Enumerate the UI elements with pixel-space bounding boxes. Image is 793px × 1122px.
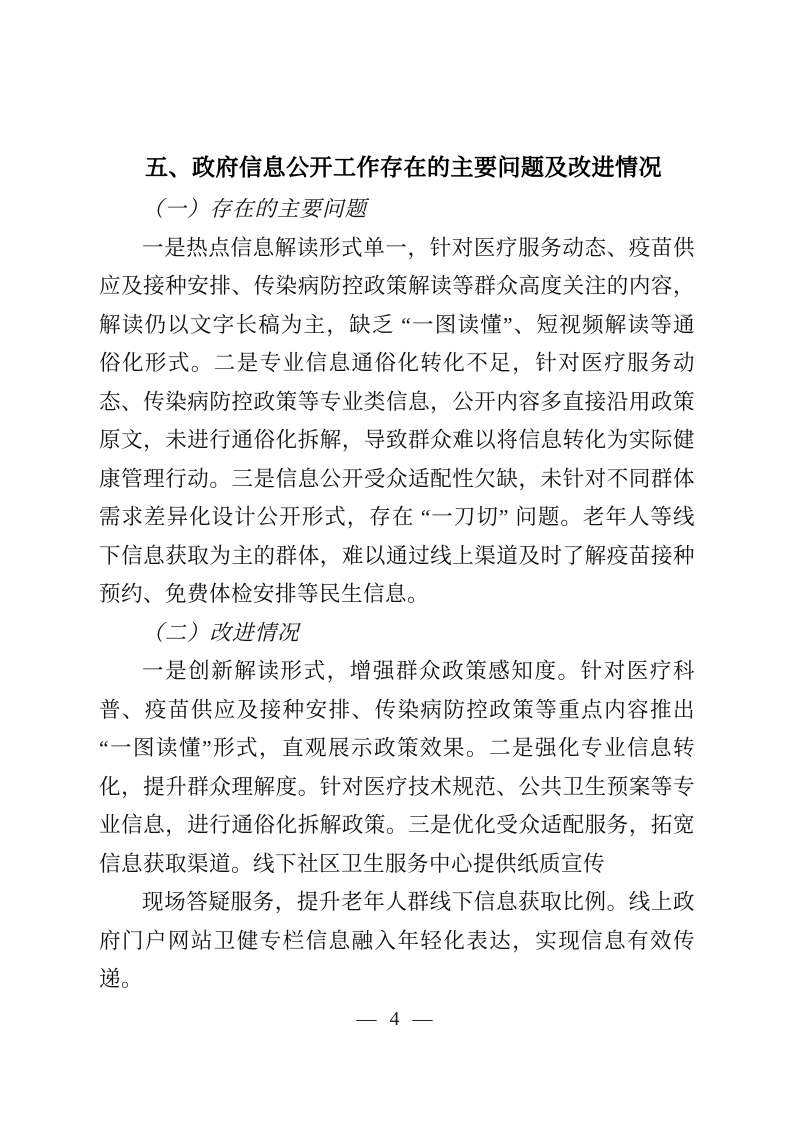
body-paragraph: 一是创新解读形式，增强群众政策感知度。针对医疗科普、疫苗供应及接种安排、传染病防… [99, 652, 695, 883]
document-page: 五、政府信息公开工作存在的主要问题及改进情况 （一）存在的主要问题 一是热点信息… [0, 0, 793, 1122]
document-content: 五、政府信息公开工作存在的主要问题及改进情况 （一）存在的主要问题 一是热点信息… [99, 148, 695, 999]
body-paragraph: 一是热点信息解读形式单一，针对医疗服务动态、疫苗供应及接种安排、传染病防控政策解… [99, 229, 695, 614]
subsection-heading-problems: （一）存在的主要问题 [99, 190, 695, 229]
subsection-heading-improvements: （二）改进情况 [99, 614, 695, 653]
page-number: — 4 — [0, 1005, 793, 1033]
body-paragraph: 现场答疑服务，提升老年人群线下信息获取比例。线上政府门户网站卫健专栏信息融入年轻… [99, 883, 695, 999]
section-heading: 五、政府信息公开工作存在的主要问题及改进情况 [99, 148, 695, 188]
